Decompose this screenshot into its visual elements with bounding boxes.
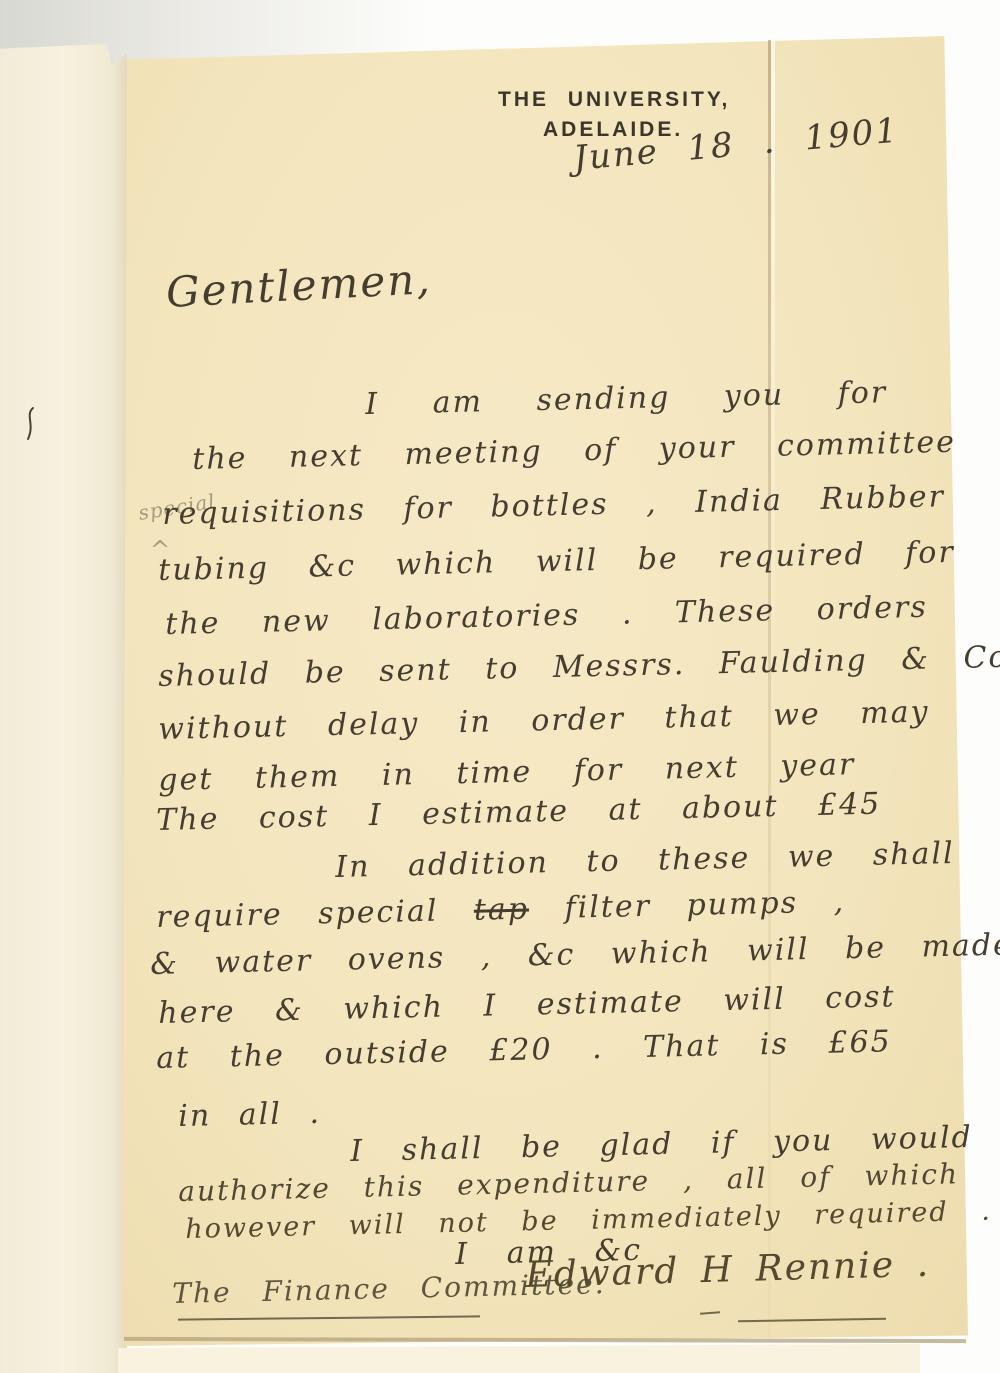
manuscript-line: in all . bbox=[178, 1099, 321, 1132]
ink-squiggle-mark bbox=[22, 406, 38, 442]
struck-out-word: tap bbox=[473, 892, 529, 928]
underlying-page bbox=[118, 1344, 920, 1373]
letter-scan: THE UNIVERSITY, ADELAIDE. June 18 . 1901… bbox=[0, 0, 1000, 1373]
letterhead-university: THE UNIVERSITY, bbox=[498, 88, 730, 112]
line-post-text: filter pumps , bbox=[564, 884, 845, 925]
line-pre-text: require special bbox=[156, 894, 439, 935]
back-page bbox=[0, 44, 127, 1373]
